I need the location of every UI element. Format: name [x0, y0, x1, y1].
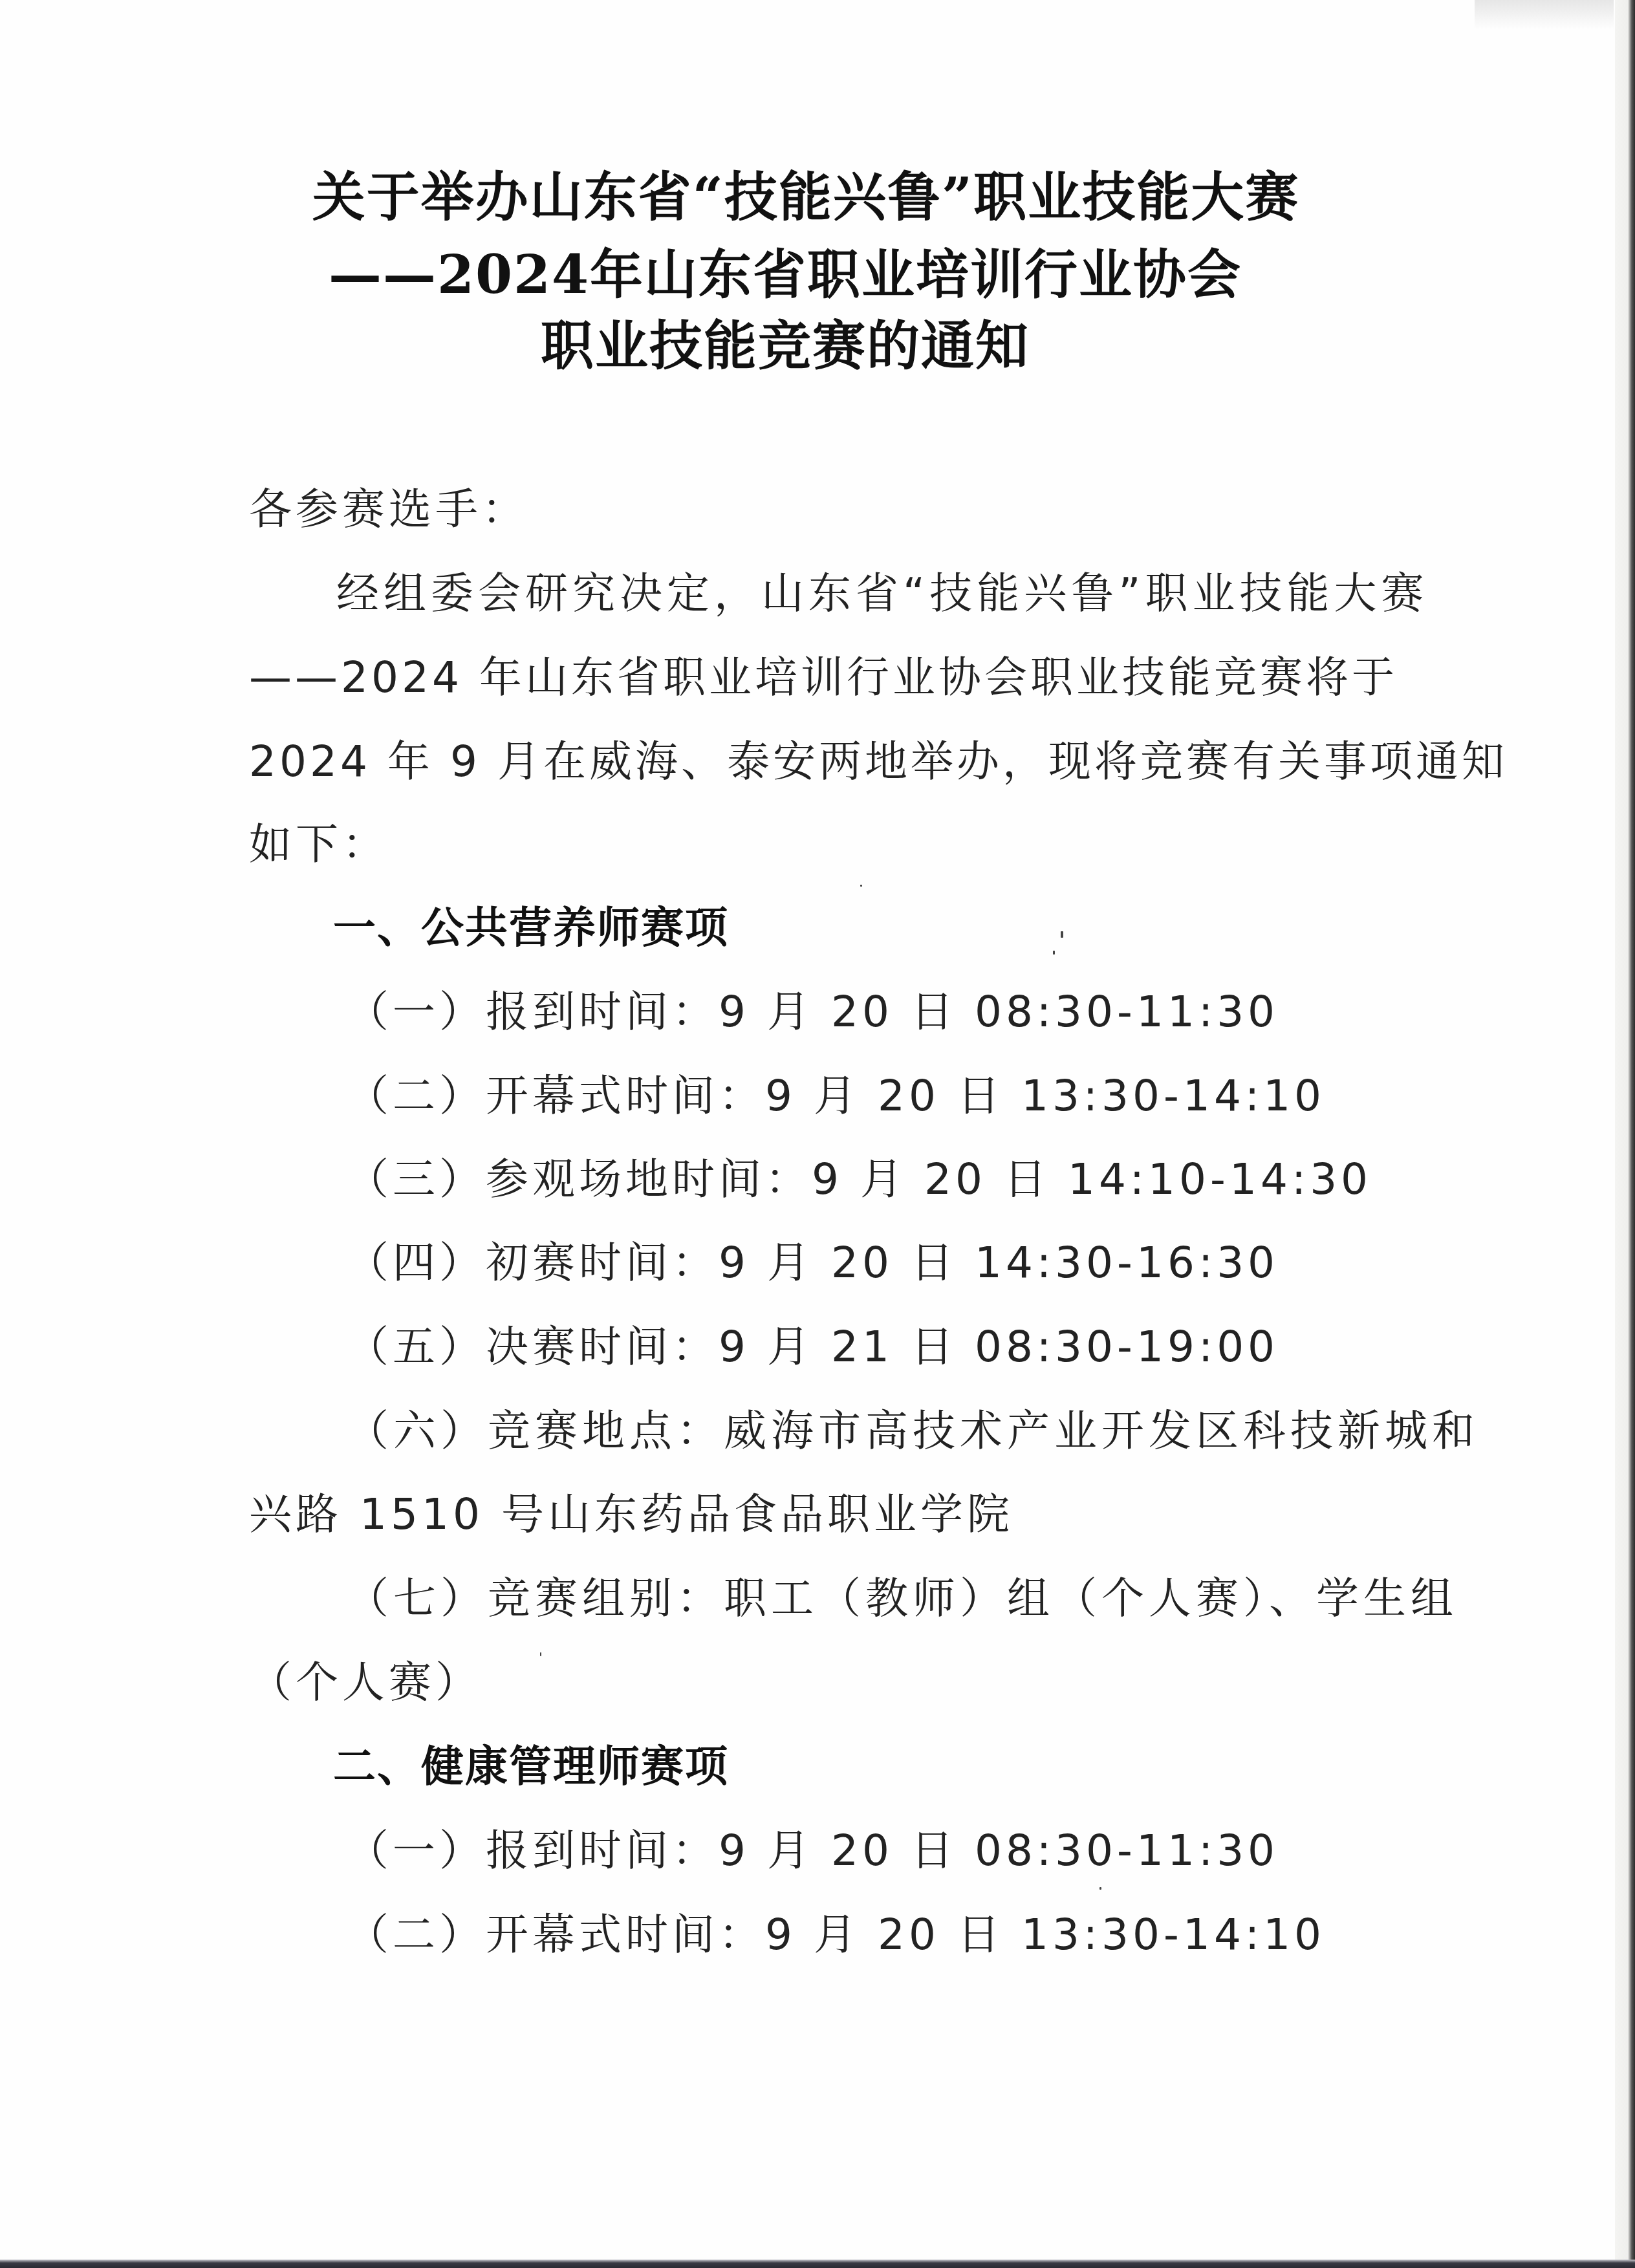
list-item: （二）开幕式时间：9 月 20 日 13:30-14:10 — [346, 1070, 1325, 1122]
section-heading: 二、健康管理师赛项 — [333, 1741, 729, 1793]
intro-line-2: ——2024 年山东省职业培训行业协会职业技能竞赛将于 — [249, 652, 1398, 704]
list-item: （三）参观场地时间：9 月 20 日 14:10-14:30 — [346, 1154, 1372, 1205]
intro-line-1: 经组委会研究决定，山东省“技能兴鲁”职业技能大赛 — [336, 568, 1428, 620]
list-item: （二）开幕式时间：9 月 20 日 13:30-14:10 — [346, 1909, 1325, 1961]
scan-edge-bottom — [0, 2260, 1635, 2268]
list-item: （一）报到时间：9 月 20 日 08:30-11:30 — [346, 986, 1279, 1038]
list-item: （七）竞赛组别：职工（教师）组（个人赛）、学生组 — [346, 1573, 1458, 1625]
scan-speck — [1061, 931, 1063, 938]
intro-line-3: 2024 年 9 月在威海、泰安两地举办，现将竞赛有关事项通知 — [249, 736, 1508, 788]
scan-speck — [1053, 951, 1055, 955]
section-heading: 一、公共营养师赛项 — [333, 902, 729, 954]
title-line-3: 职业技能竞赛的通知 — [0, 314, 1603, 378]
scan-edge-right — [1615, 0, 1635, 2268]
list-item: （六）竞赛地点：威海市高技术产业开发区科技新城和 — [346, 1405, 1479, 1457]
list-item: （五）决赛时间：9 月 21 日 08:30-19:00 — [346, 1321, 1279, 1373]
salutation: 各参赛选手： — [249, 484, 528, 535]
list-item-continued: （个人赛） — [249, 1657, 482, 1709]
scan-speck — [860, 885, 862, 887]
list-item: （四）初赛时间：9 月 20 日 14:30-16:30 — [346, 1237, 1279, 1289]
scan-speck — [540, 1652, 541, 1656]
scan-top-shade — [1475, 0, 1614, 29]
scan-speck — [1099, 1887, 1101, 1890]
title-line-2: ——2024年山东省职业培训行业协会 — [0, 243, 1603, 307]
title-line-1: 关于举办山东省“技能兴鲁”职业技能大赛 — [0, 165, 1623, 230]
list-item-continued: 兴路 1510 号山东药品食品职业学院 — [249, 1489, 1013, 1540]
list-item: （一）报到时间：9 月 20 日 08:30-11:30 — [346, 1825, 1279, 1877]
intro-line-4: 如下： — [249, 819, 389, 870]
